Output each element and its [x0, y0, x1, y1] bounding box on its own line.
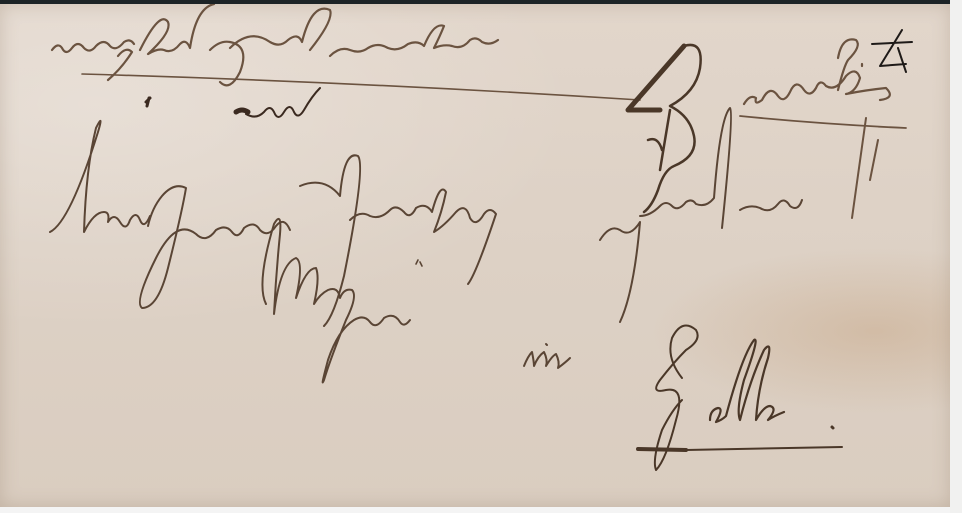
address-line-2 — [262, 219, 422, 383]
top-right-marks — [740, 30, 912, 218]
postmark-R — [628, 45, 701, 212]
small-ink-marks — [146, 88, 320, 117]
top-annotation-line — [52, 4, 640, 100]
handwriting-layer — [0, 4, 951, 507]
address-city — [638, 326, 842, 471]
address-line-1 — [50, 108, 802, 326]
envelope — [0, 4, 951, 507]
address-in — [524, 344, 570, 368]
photo-right-edge — [950, 0, 962, 513]
